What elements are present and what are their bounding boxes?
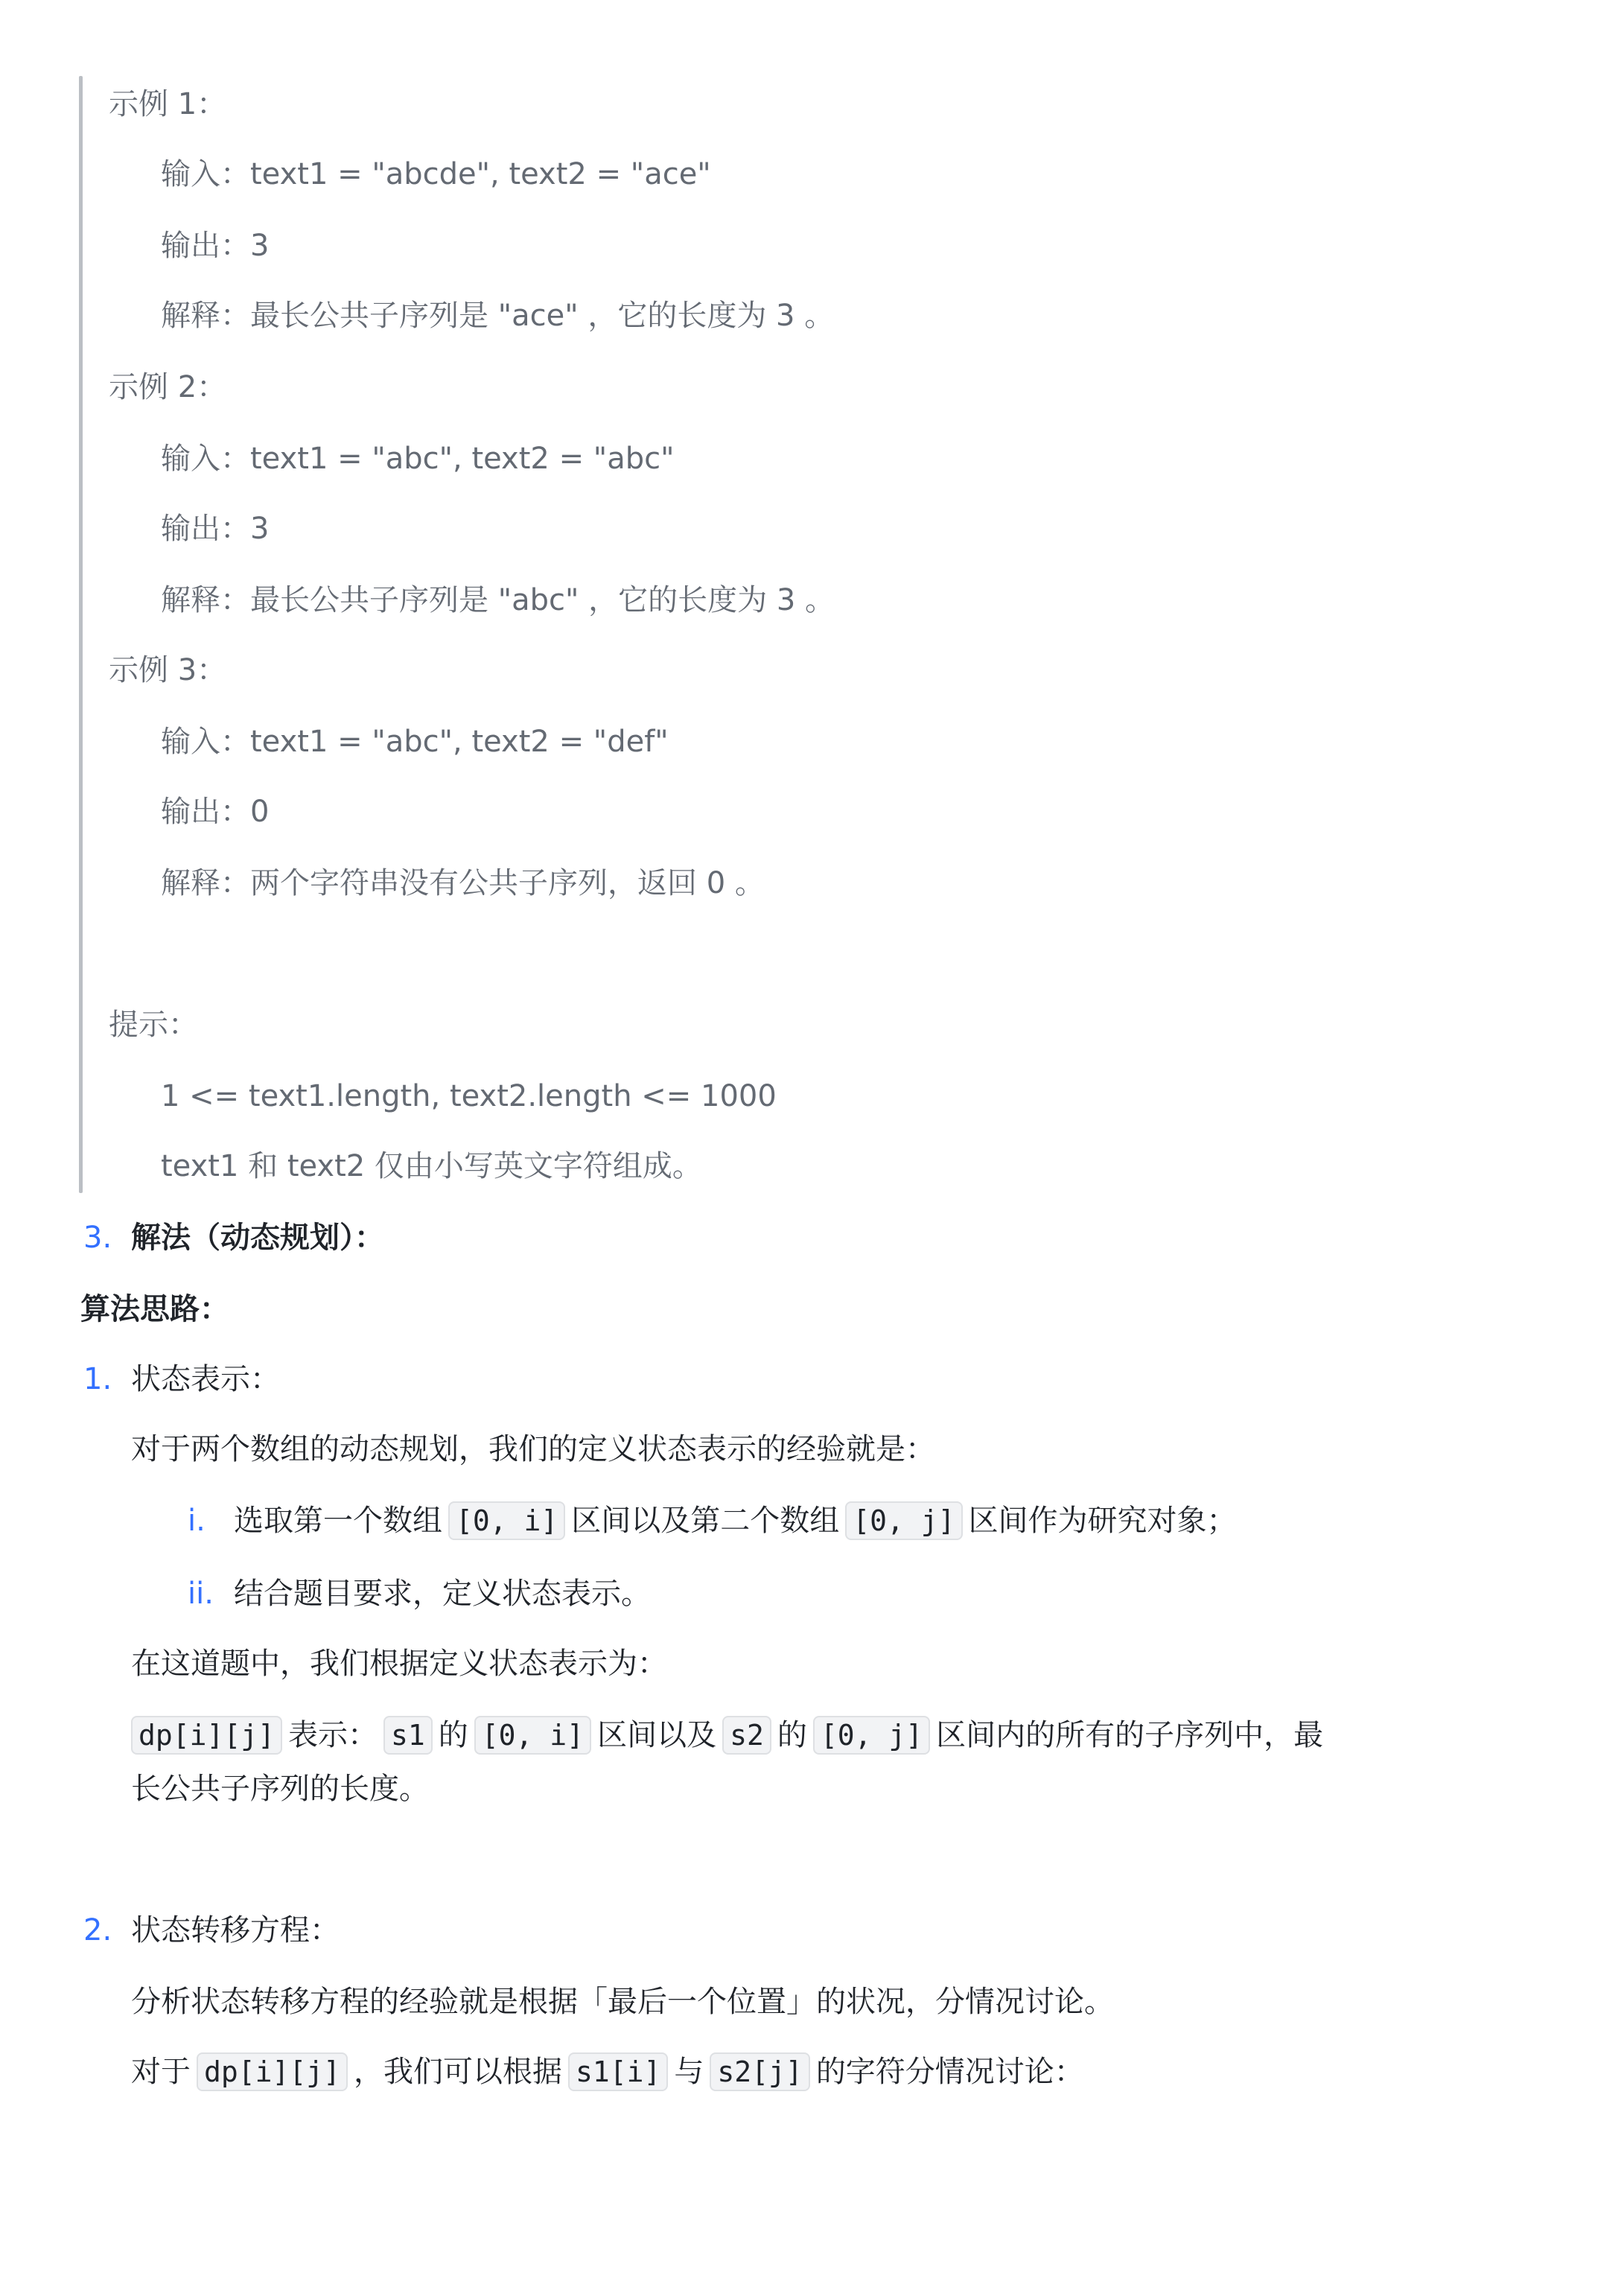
blockquote-bar (79, 76, 83, 1193)
definition-text: 区间以及 (597, 1718, 716, 1752)
substep-text: 区间以及第二个数组 (571, 1504, 839, 1538)
example-2-explanation: 解释：最长公共子序列是 "abc" ，它的长度为 3 。 (161, 579, 835, 621)
step-1-heading: 1.状态表示： (83, 1358, 280, 1400)
list-number: 2. (83, 1909, 131, 1951)
step-2-intro: 分析状态转移方程的经验就是根据「最后一个位置」的状况，分情况讨论。 (131, 1981, 1114, 2023)
inline-code: dp[i][j] (197, 2052, 348, 2091)
substep-i: i.选取第一个数组[0, i]区间以及第二个数组[0, j]区间作为研究对象； (188, 1500, 1237, 1542)
example-3-output: 输出：0 (161, 791, 269, 833)
inline-code: s2 (722, 1716, 771, 1755)
step-2-title: 状态转移方程： (131, 1913, 340, 1947)
inline-code: [0, i] (448, 1501, 565, 1540)
step-1-intro: 对于两个数组的动态规划，我们的定义状态表示的经验就是： (131, 1428, 935, 1470)
definition-text: 表示： (288, 1718, 378, 1752)
example-1-input: 输入：text1 = "abcde", text2 = "ace" (161, 153, 711, 195)
definition-line-cont: 长公共子序列的长度。 (131, 1768, 429, 1810)
example-1-explanation: 解释：最长公共子序列是 "ace" ，它的长度为 3 。 (161, 295, 834, 337)
inline-code: s1 (383, 1716, 433, 1755)
substep-ii: ii.结合题目要求，定义状态表示。 (188, 1573, 651, 1615)
solution-heading: 3.解法（动态规划）： (83, 1217, 384, 1259)
hint-constraint-chars: text1 和 text2 仅由小写英文字符组成。 (161, 1145, 702, 1187)
list-number: i. (188, 1500, 234, 1542)
substep-text: 选取第一个数组 (234, 1504, 442, 1538)
example-1-output: 输出：3 (161, 225, 269, 267)
approach-label: 算法思路： (80, 1288, 229, 1330)
list-number: 3. (83, 1217, 131, 1259)
hint-constraint-length: 1 <= text1.length, text2.length <= 1000 (161, 1075, 777, 1117)
example-3-title: 示例 3： (109, 649, 226, 691)
definition-text: 的 (439, 1718, 468, 1752)
example-2-title: 示例 2： (109, 366, 226, 408)
inline-code: [0, i] (474, 1716, 591, 1755)
definition-intro: 在这道题中，我们根据定义状态表示为： (131, 1643, 667, 1685)
list-number: 1. (83, 1358, 131, 1400)
definition-text: 的 (777, 1718, 807, 1752)
example-3-input: 输入：text1 = "abc", text2 = "def" (161, 721, 669, 763)
step-2-detail: 对于dp[i][j]，我们可以根据s1[i]与s2[j]的字符分情况讨论： (131, 2051, 1084, 2093)
substep-text: 区间作为研究对象； (969, 1504, 1237, 1538)
definition-text: 区间内的所有的子序列中，最 (936, 1718, 1323, 1752)
detail-text: ，我们可以根据 (354, 2055, 562, 2089)
example-2-input: 输入：text1 = "abc", text2 = "abc" (161, 438, 675, 480)
solution-title: 解法（动态规划）： (131, 1221, 384, 1255)
inline-code: [0, j] (813, 1716, 930, 1755)
detail-text: 与 (674, 2055, 704, 2089)
detail-text: 对于 (131, 2055, 191, 2089)
example-1-title: 示例 1： (109, 83, 226, 125)
inline-code: s2[j] (710, 2052, 809, 2091)
step-2-heading: 2.状态转移方程： (83, 1909, 340, 1951)
definition-line: dp[i][j]表示：s1的[0, i]区间以及s2的[0, j]区间内的所有的… (131, 1714, 1323, 1756)
hints-title: 提示： (109, 1004, 198, 1046)
inline-code: dp[i][j] (131, 1716, 282, 1755)
example-3-explanation: 解释：两个字符串没有公共子序列，返回 0 。 (161, 862, 765, 904)
example-2-output: 输出：3 (161, 508, 269, 550)
substep-text: 结合题目要求，定义状态表示。 (234, 1577, 651, 1611)
detail-text: 的字符分情况讨论： (816, 2055, 1084, 2089)
inline-code: [0, j] (845, 1501, 962, 1540)
inline-code: s1[i] (568, 2052, 668, 2091)
step-1-title: 状态表示： (131, 1362, 280, 1396)
list-number: ii. (188, 1573, 234, 1615)
